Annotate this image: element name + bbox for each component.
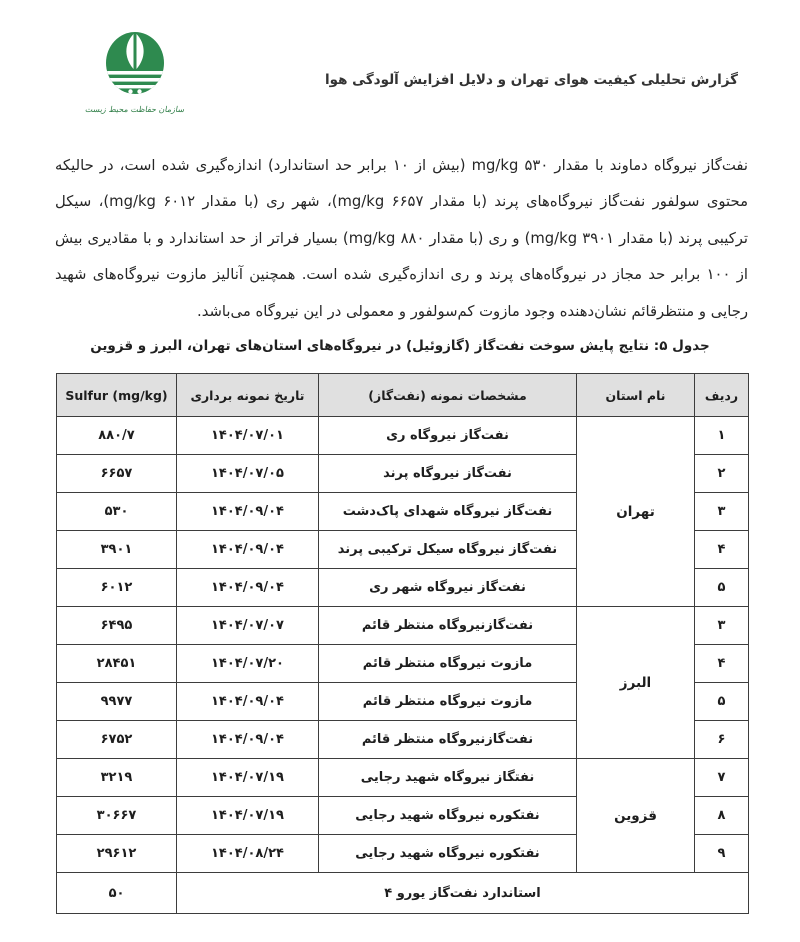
date-cell: ۱۴۰۴/۰۷/۰۷ [177, 607, 319, 645]
environment-logo-icon [70, 28, 200, 102]
page-title: گزارش تحلیلی کیفیت هوای تهران و دلایل اف… [325, 72, 738, 88]
sulfur-cell: ۸۸۰/۷ [57, 417, 177, 455]
table-caption: جدول ۵: نتایج پایش سوخت نفت‌گاز (گازوئیل… [0, 338, 800, 354]
standard-sulfur-cell: ۵۰ [57, 873, 177, 914]
sample-cell: نفت‌گازنیروگاه منتظر قائم [319, 721, 577, 759]
sulfur-cell: ۶۷۵۲ [57, 721, 177, 759]
date-cell: ۱۴۰۴/۰۹/۰۴ [177, 531, 319, 569]
sample-cell: نفتکوره نیروگاه شهید رجایی [319, 797, 577, 835]
sample-cell: نفت‌گازنیروگاه منتظر قائم [319, 607, 577, 645]
date-cell: ۱۴۰۴/۰۷/۱۹ [177, 759, 319, 797]
sulfur-cell: ۹۹۷۷ [57, 683, 177, 721]
row-number-cell: ۳ [695, 607, 749, 645]
sample-cell: مازوت نیروگاه منتظر قائم [319, 683, 577, 721]
row-number-cell: ۲ [695, 455, 749, 493]
row-number-cell: ۵ [695, 683, 749, 721]
table-row: ۱تهراننفت‌گاز نیروگاه ری۱۴۰۴/۰۷/۰۱۸۸۰/۷ [57, 417, 749, 455]
col-header-date: تاریخ نمونه برداری [177, 374, 319, 417]
province-cell: البرز [577, 607, 695, 759]
standard-row: استاندارد نفت‌گاز یورو ۴ ۵۰ [57, 873, 749, 914]
row-number-cell: ۴ [695, 531, 749, 569]
sulfur-cell: ۲۸۴۵۱ [57, 645, 177, 683]
province-cell: تهران [577, 417, 695, 607]
row-number-cell: ۹ [695, 835, 749, 873]
col-header-sulfur: Sulfur (mg/kg) [57, 374, 177, 417]
date-cell: ۱۴۰۴/۰۹/۰۴ [177, 683, 319, 721]
table-header-row: ردیف نام استان مشخصات نمونه (نفت‌گاز) تا… [57, 374, 749, 417]
col-header-province: نام استان [577, 374, 695, 417]
date-cell: ۱۴۰۴/۰۷/۰۱ [177, 417, 319, 455]
standard-label-cell: استاندارد نفت‌گاز یورو ۴ [177, 873, 749, 914]
row-number-cell: ۵ [695, 569, 749, 607]
row-number-cell: ۷ [695, 759, 749, 797]
fuel-monitoring-table: ردیف نام استان مشخصات نمونه (نفت‌گاز) تا… [56, 373, 749, 914]
org-logo: سازمان حفاظت محیط زیست [70, 28, 200, 114]
date-cell: ۱۴۰۴/۰۹/۰۴ [177, 493, 319, 531]
sulfur-cell: ۳۲۱۹ [57, 759, 177, 797]
date-cell: ۱۴۰۴/۰۷/۱۹ [177, 797, 319, 835]
sample-cell: نفت‌گاز نیروگاه سیکل ترکیبی پرند [319, 531, 577, 569]
sample-cell: نفت‌گاز نیروگاه شهدای پاک‌دشت [319, 493, 577, 531]
date-cell: ۱۴۰۴/۰۷/۰۵ [177, 455, 319, 493]
sample-cell: نفت‌گاز نیروگاه ری [319, 417, 577, 455]
table-row: ۳البرزنفت‌گازنیروگاه منتظر قائم۱۴۰۴/۰۷/۰… [57, 607, 749, 645]
date-cell: ۱۴۰۴/۰۷/۲۰ [177, 645, 319, 683]
col-header-row-number: ردیف [695, 374, 749, 417]
sulfur-cell: ۳۰۶۶۷ [57, 797, 177, 835]
sample-cell: نفت‌گاز نیروگاه پرند [319, 455, 577, 493]
sample-cell: نفتکوره نیروگاه شهید رجایی [319, 835, 577, 873]
date-cell: ۱۴۰۴/۰۹/۰۴ [177, 569, 319, 607]
sulfur-cell: ۶۴۹۵ [57, 607, 177, 645]
sample-cell: نفتگاز نیروگاه شهید رجایی [319, 759, 577, 797]
province-cell: قزوین [577, 759, 695, 873]
row-number-cell: ۴ [695, 645, 749, 683]
sulfur-cell: ۲۹۶۱۲ [57, 835, 177, 873]
row-number-cell: ۶ [695, 721, 749, 759]
table-row: ۷قزویننفتگاز نیروگاه شهید رجایی۱۴۰۴/۰۷/۱… [57, 759, 749, 797]
sulfur-cell: ۶۶۵۷ [57, 455, 177, 493]
row-number-cell: ۸ [695, 797, 749, 835]
sulfur-cell: ۳۹۰۱ [57, 531, 177, 569]
date-cell: ۱۴۰۴/۰۸/۲۴ [177, 835, 319, 873]
row-number-cell: ۳ [695, 493, 749, 531]
fuel-table-body: ۱تهراننفت‌گاز نیروگاه ری۱۴۰۴/۰۷/۰۱۸۸۰/۷۲… [57, 417, 749, 873]
date-cell: ۱۴۰۴/۰۹/۰۴ [177, 721, 319, 759]
sample-cell: مازوت نیروگاه منتظر قائم [319, 645, 577, 683]
logo-caption: سازمان حفاظت محیط زیست [69, 105, 201, 114]
row-number-cell: ۱ [695, 417, 749, 455]
body-paragraph: نفت‌گاز نیروگاه دماوند با مقدار ۵۳۰ mg/k… [55, 148, 748, 331]
sample-cell: نفت‌گاز نیروگاه شهر ری [319, 569, 577, 607]
sulfur-cell: ۵۳۰ [57, 493, 177, 531]
sulfur-cell: ۶۰۱۲ [57, 569, 177, 607]
col-header-sample: مشخصات نمونه (نفت‌گاز) [319, 374, 577, 417]
